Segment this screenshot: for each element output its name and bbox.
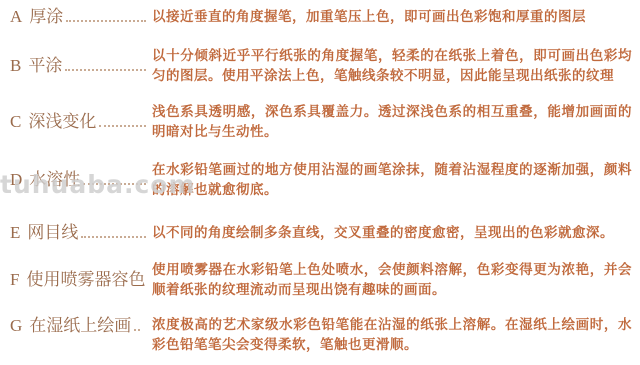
section-row-c: C 深浅变化 浅色系具透明感，深色系具覆盖力。透过深浅色系的相互重叠，能增加画面…	[0, 102, 640, 142]
section-title: 厚涂	[29, 6, 63, 28]
section-row-e: E 网目线 以不同的角度绘制多条直线，交叉重叠的密度愈密，呈现出的色彩就愈深。	[0, 222, 640, 244]
section-title: 水溶性	[29, 169, 80, 191]
section-label-d: D 水溶性	[0, 169, 152, 191]
section-title: 平涂	[28, 55, 62, 77]
dotted-leader	[65, 68, 146, 71]
techniques-list: A 厚涂 以接近垂直的角度握笔，加重笔压上色，即可画出色彩饱和厚重的图层 B 平…	[0, 6, 640, 355]
dotted-leader	[134, 328, 140, 331]
section-description: 浓度极高的艺术家级水彩色铅笔能在沾湿的纸张上溶解。在湿纸上绘画时，水彩色铅笔笔尖…	[152, 315, 640, 355]
section-letter: D	[10, 169, 22, 191]
section-letter: G	[10, 315, 22, 337]
section-row-b: B 平涂 以十分倾斜近乎平行纸张的角度握笔，轻柔的在纸张上着色，即可画出色彩均匀…	[0, 46, 640, 86]
dotted-leader	[99, 124, 146, 127]
section-title: 深浅变化	[28, 111, 96, 133]
dotted-leader	[83, 182, 146, 185]
section-letter: F	[10, 269, 19, 291]
section-letter: E	[10, 222, 20, 244]
section-description: 以接近垂直的角度握笔，加重笔压上色，即可画出色彩饱和厚重的图层	[152, 7, 640, 27]
section-title: 在湿纸上绘画	[29, 315, 131, 337]
section-row-d: D 水溶性 在水彩铅笔画过的地方使用沾湿的画笔涂抹，随着沾湿程度的逐渐加强，颜料…	[0, 160, 640, 200]
section-letter: C	[10, 111, 21, 133]
section-letter: B	[10, 55, 21, 77]
section-description: 使用喷雾器在水彩铅笔上色处喷水，会使颜料溶解，色彩变得更为浓艳，并会顺着纸张的纹…	[152, 260, 640, 300]
section-title: 网目线	[27, 222, 78, 244]
section-label-e: E 网目线	[0, 222, 152, 244]
section-row-a: A 厚涂 以接近垂直的角度握笔，加重笔压上色，即可画出色彩饱和厚重的图层	[0, 6, 640, 28]
section-label-c: C 深浅变化	[0, 111, 152, 133]
section-label-g: G 在湿纸上绘画	[0, 315, 152, 337]
section-label-f: F 使用喷雾器容色	[0, 269, 152, 291]
section-title: 使用喷雾器容色	[26, 269, 145, 291]
section-letter: A	[10, 6, 22, 28]
section-label-a: A 厚涂	[0, 6, 152, 28]
section-description: 以十分倾斜近乎平行纸张的角度握笔，轻柔的在纸张上着色，即可画出色彩均匀的图层。使…	[152, 46, 640, 86]
section-row-g: G 在湿纸上绘画 浓度极高的艺术家级水彩色铅笔能在沾湿的纸张上溶解。在湿纸上绘画…	[0, 315, 640, 355]
dotted-leader	[66, 19, 146, 22]
section-row-f: F 使用喷雾器容色 使用喷雾器在水彩铅笔上色处喷水，会使颜料溶解，色彩变得更为浓…	[0, 260, 640, 300]
section-description: 以不同的角度绘制多条直线，交叉重叠的密度愈密，呈现出的色彩就愈深。	[152, 223, 640, 243]
section-description: 在水彩铅笔画过的地方使用沾湿的画笔涂抹，随着沾湿程度的逐渐加强，颜料的溶解也就愈…	[152, 160, 640, 200]
section-label-b: B 平涂	[0, 55, 152, 77]
dotted-leader	[81, 235, 146, 238]
section-description: 浅色系具透明感，深色系具覆盖力。透过深浅色系的相互重叠，能增加画面的明暗对比与生…	[152, 102, 640, 142]
